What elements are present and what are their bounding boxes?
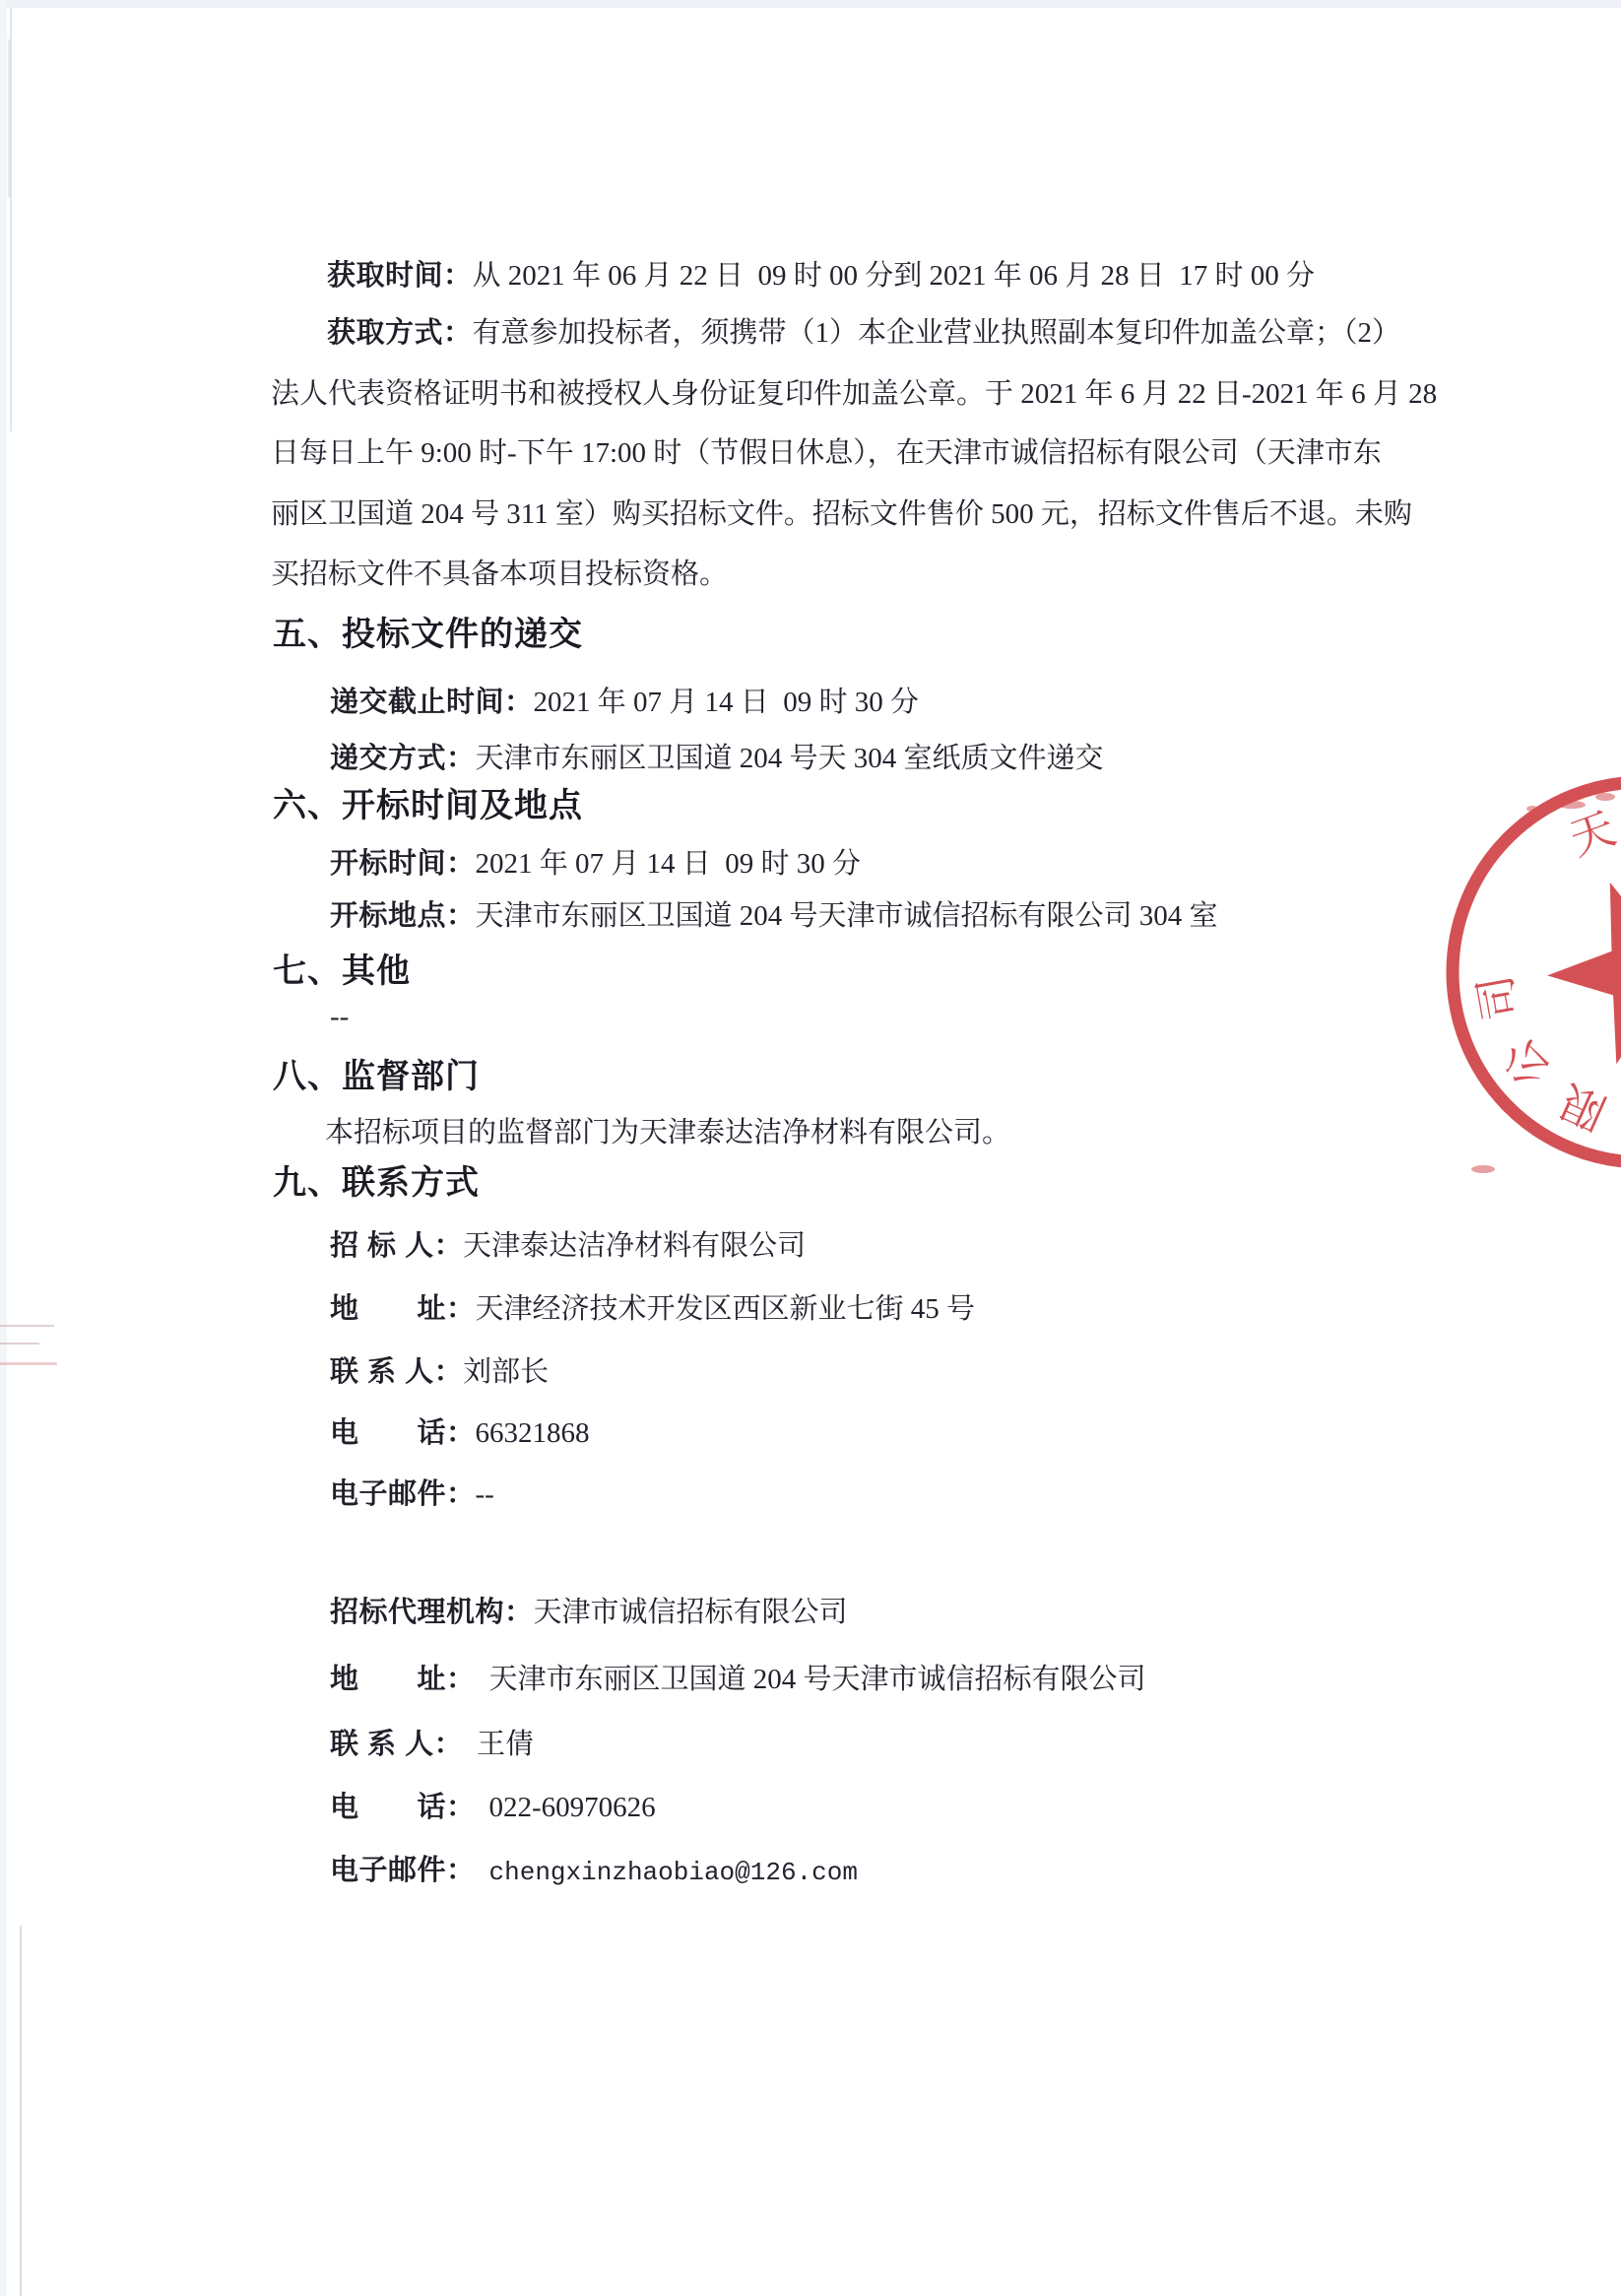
tenderer-name-label: 招 标 人： <box>330 1230 463 1262</box>
agency-phone-label: 电 话： <box>330 1792 476 1823</box>
acquisition-method-line-1: 获取方式：有意参加投标者，须携带（1）本企业营业执照副本复印件加盖公章；（2） <box>327 310 1400 356</box>
scan-scratch <box>8 39 11 197</box>
scan-scratch <box>0 1325 54 1327</box>
section-8-heading: 八、监督部门 <box>273 1053 480 1100</box>
tenderer-name-row: 招 标 人：天津泰达洁净材料有限公司 <box>330 1223 806 1269</box>
agency-address-value: 天津市东丽区卫国道 204 号天津市诚信招标有限公司 <box>489 1664 1146 1695</box>
tenderer-phone-row: 电 话：66321868 <box>330 1410 590 1456</box>
acquisition-method-label: 获取方式： <box>327 317 473 349</box>
submission-method-label: 递交方式： <box>330 743 476 774</box>
scanned-tender-notice-page: 获取时间：从 2021 年 06 月 22 日 09 时 00 分到 2021 … <box>0 0 1621 2296</box>
tenderer-contact-person-label: 联 系 人： <box>330 1356 463 1388</box>
agency-name-value: 天津市诚信招标有限公司 <box>534 1597 848 1628</box>
acquisition-method-line-2: 法人代表资格证明书和被授权人身份证复印件加盖公章。于 2021 年 6 月 22… <box>271 371 1437 417</box>
submission-method-line: 递交方式：天津市东丽区卫国道 204 号天 304 室纸质文件递交 <box>330 736 1104 781</box>
tenderer-phone-label: 电 话： <box>330 1417 476 1449</box>
scan-edge-top <box>0 0 1621 8</box>
tenderer-contact-person-value: 刘部长 <box>463 1356 549 1388</box>
agency-address-label: 地 址： <box>330 1664 476 1695</box>
section-7-body: -- <box>330 994 349 1039</box>
agency-phone-value: 022-60970626 <box>489 1792 656 1823</box>
tenderer-email-row: 电子邮件：-- <box>330 1472 494 1517</box>
section-8-body: 本招标项目的监督部门为天津泰达洁净材料有限公司。 <box>325 1110 1010 1155</box>
tenderer-email-value: -- <box>476 1478 494 1510</box>
scan-line-artifact <box>20 1926 22 2296</box>
bid-opening-place-value: 天津市东丽区卫国道 204 号天津市诚信招标有限公司 304 室 <box>476 900 1218 932</box>
acquisition-time-label: 获取时间： <box>327 260 473 292</box>
agency-name-label: 招标代理机构： <box>330 1597 534 1628</box>
agency-contact-person-row: 联 系 人：王倩 <box>330 1722 534 1767</box>
bid-opening-place-line: 开标地点：天津市东丽区卫国道 204 号天津市诚信招标有限公司 304 室 <box>330 893 1218 939</box>
acquisition-method-line-3: 日每日上午 9:00 时-下午 17:00 时（节假日休息），在天津市诚信招标有… <box>271 430 1382 476</box>
agency-name-row: 招标代理机构：天津市诚信招标有限公司 <box>330 1590 848 1635</box>
acquisition-method-line-4: 丽区卫国道 204 号 311 室）购买招标文件。招标文件售价 500 元，招标… <box>271 492 1412 537</box>
tenderer-address-row: 地 址：天津经济技术开发区西区新业七街 45 号 <box>330 1286 975 1332</box>
agency-email-row: 电子邮件：chengxinzhaobiao@126.com <box>330 1848 858 1895</box>
acquisition-time-line: 获取时间：从 2021 年 06 月 22 日 09 时 00 分到 2021 … <box>327 253 1315 298</box>
svg-text:公: 公 <box>1494 1030 1560 1095</box>
submission-deadline-value: 2021 年 07 月 14 日 09 时 30 分 <box>534 687 920 718</box>
tenderer-phone-value: 66321868 <box>476 1417 590 1449</box>
section-7-heading: 七、其他 <box>273 948 411 995</box>
svg-text:司: 司 <box>1470 971 1526 1023</box>
agency-contact-person-label: 联 系 人： <box>330 1729 463 1760</box>
scan-scratch <box>0 1362 57 1365</box>
tenderer-email-label: 电子邮件： <box>330 1478 476 1510</box>
svg-text:限: 限 <box>1553 1075 1613 1138</box>
section-5-heading: 五、投标文件的递交 <box>273 611 583 658</box>
tenderer-address-label: 地 址： <box>330 1293 476 1325</box>
acquisition-time-value: 从 2021 年 06 月 22 日 09 时 00 分到 2021 年 06 … <box>473 260 1316 292</box>
bid-opening-time-label: 开标时间： <box>330 848 476 880</box>
acquisition-method-line-5: 买招标文件不具备本项目投标资格。 <box>271 552 728 597</box>
tenderer-contact-person-row: 联 系 人：刘部长 <box>330 1349 549 1395</box>
acquisition-method-text: 有意参加投标者，须携带（1）本企业营业执照副本复印件加盖公章；（2） <box>473 317 1401 349</box>
submission-method-value: 天津市东丽区卫国道 204 号天 304 室纸质文件递交 <box>476 743 1104 774</box>
agency-phone-row: 电 话：022-60970626 <box>330 1785 656 1830</box>
agency-address-row: 地 址：天津市东丽区卫国道 204 号天津市诚信招标有限公司 <box>330 1657 1146 1702</box>
section-9-heading: 九、联系方式 <box>273 1159 480 1207</box>
bid-opening-time-value: 2021 年 07 月 14 日 09 时 30 分 <box>476 848 862 880</box>
section-6-heading: 六、开标时间及地点 <box>273 782 583 829</box>
company-seal-stamp: 天津市诚信招标有限公司 <box>1424 763 1621 1187</box>
agency-contact-person-value: 王倩 <box>477 1729 534 1760</box>
scan-edge-left <box>0 0 7 2296</box>
submission-deadline-label: 递交截止时间： <box>330 687 534 718</box>
bid-opening-place-label: 开标地点： <box>330 900 476 932</box>
tenderer-address-value: 天津经济技术开发区西区新业七街 45 号 <box>476 1293 976 1325</box>
agency-email-value: chengxinzhaobiao@126.com <box>489 1858 858 1887</box>
scan-scratch <box>0 1343 39 1345</box>
agency-email-label: 电子邮件： <box>330 1855 476 1886</box>
submission-deadline-line: 递交截止时间：2021 年 07 月 14 日 09 时 30 分 <box>330 680 919 725</box>
svg-text:天: 天 <box>1563 804 1621 865</box>
bid-opening-time-line: 开标时间：2021 年 07 月 14 日 09 时 30 分 <box>330 841 861 886</box>
tenderer-name-value: 天津泰达洁净材料有限公司 <box>463 1230 806 1262</box>
